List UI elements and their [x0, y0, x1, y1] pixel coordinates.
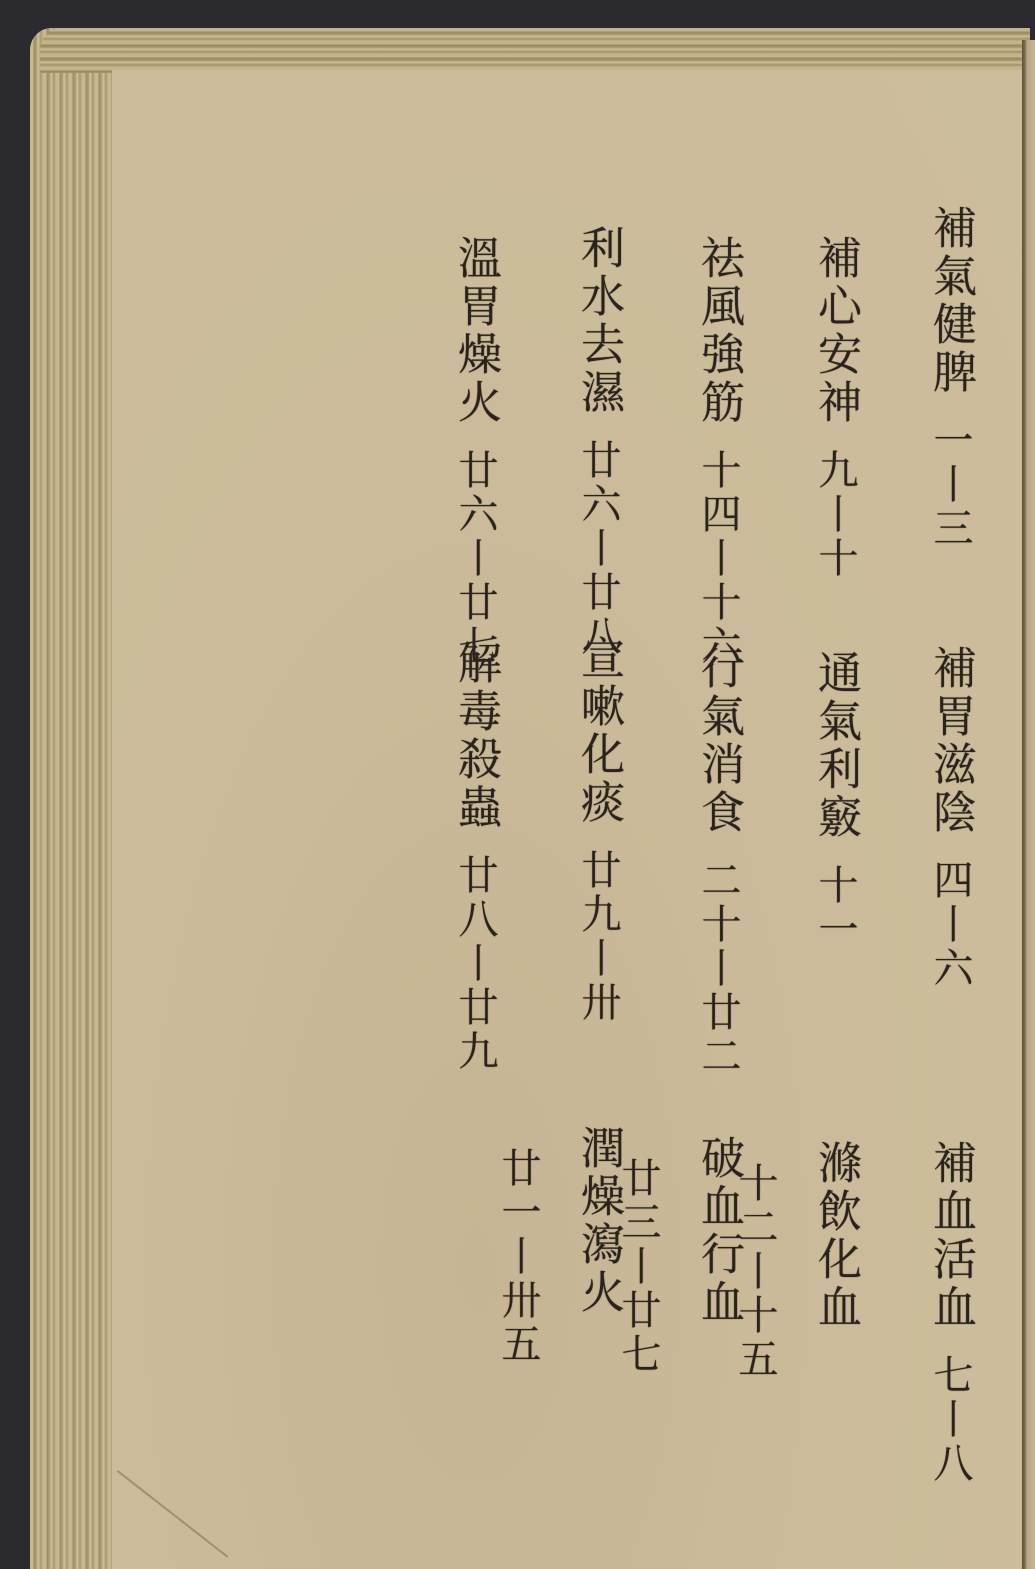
toc-column-3: 祛風強筋十四丨十六 行氣消食二十丨廿二 破血行血廿三丨廿七 [678, 195, 758, 1535]
entry-pages: 廿八丨廿九 [435, 854, 515, 1074]
entry-title: 行氣消食 [678, 645, 758, 837]
toc-column-1: 補氣健脾一丨三 補胃滋陰四丨六 補血活血七丨八 [910, 195, 990, 1535]
toc-entry: 潤燥瀉火廿一丨卅五 [558, 1125, 638, 1535]
entry-title: 宣嗽化痰 [558, 635, 638, 827]
toc-entry: 滌飲化血十二丨十五 [795, 1140, 875, 1535]
entry-pages: 二十丨廿二 [678, 859, 758, 1079]
entry-title: 祛風強筋 [678, 235, 758, 427]
toc-entry: 補氣健脾一丨三 [910, 205, 990, 551]
entry-pages: 廿六丨廿八 [558, 439, 638, 659]
page-stack-edge-top [40, 28, 1030, 73]
entry-title: 解毒殺蟲 [435, 640, 515, 832]
entry-title: 補血活血 [910, 1140, 990, 1332]
binding-edge-right [1022, 40, 1035, 1569]
toc-entry: 祛風強筋十四丨十六 [678, 235, 758, 669]
entry-title: 補氣健脾 [910, 205, 990, 397]
entry-title: 利水去濕 [558, 225, 638, 417]
entry-title: 補心安神 [795, 235, 875, 427]
toc-entry: 通氣利竅十一 [795, 650, 875, 952]
toc-column-5: 溫胃燥火廿六丨廿七 解毒殺蟲廿八丨廿九 [435, 195, 515, 1535]
entry-pages: 廿六丨廿七 [435, 449, 515, 669]
toc-entry: 破血行血廿三丨廿七 [678, 1135, 758, 1535]
entry-pages: 十一 [795, 864, 875, 952]
toc-column-2: 補心安神九丨十 通氣利竅十一 滌飲化血十二丨十五 [795, 195, 875, 1535]
toc-entry: 溫胃燥火廿六丨廿七 [435, 235, 515, 669]
toc-entry: 利水去濕廿六丨廿八 [558, 225, 638, 659]
entry-title: 滌飲化血 [795, 1140, 875, 1332]
entry-pages: 十四丨十六 [678, 449, 758, 669]
toc-entry: 補心安神九丨十 [795, 235, 875, 581]
entry-title: 潤燥瀉火 [558, 1125, 638, 1317]
entry-title: 破血行血 [678, 1135, 758, 1327]
toc-entry: 行氣消食二十丨廿二 [678, 645, 758, 1079]
entry-pages: 九丨十 [795, 449, 875, 581]
entry-title: 通氣利竅 [795, 650, 875, 842]
entry-title: 補胃滋陰 [910, 645, 990, 837]
entry-title: 溫胃燥火 [435, 235, 515, 427]
entry-pages: 七丨八 [910, 1354, 990, 1486]
page-stack-edge-left [30, 28, 115, 1569]
entry-pages: 廿九丨卅 [558, 849, 638, 1025]
toc-column-4: 利水去濕廿六丨廿八 宣嗽化痰廿九丨卅 潤燥瀉火廿一丨卅五 [558, 195, 638, 1535]
toc-entry: 補胃滋陰四丨六 [910, 645, 990, 991]
entry-pages: 一丨三 [910, 419, 990, 551]
table-of-contents: 補氣健脾一丨三 補胃滋陰四丨六 補血活血七丨八 補心安神九丨十 通氣利竅十一 滌… [410, 195, 1000, 1535]
entry-pages: 四丨六 [910, 859, 990, 991]
toc-entry: 補血活血七丨八 [910, 1140, 990, 1486]
toc-entry: 宣嗽化痰廿九丨卅 [558, 635, 638, 1025]
toc-entry: 解毒殺蟲廿八丨廿九 [435, 640, 515, 1074]
